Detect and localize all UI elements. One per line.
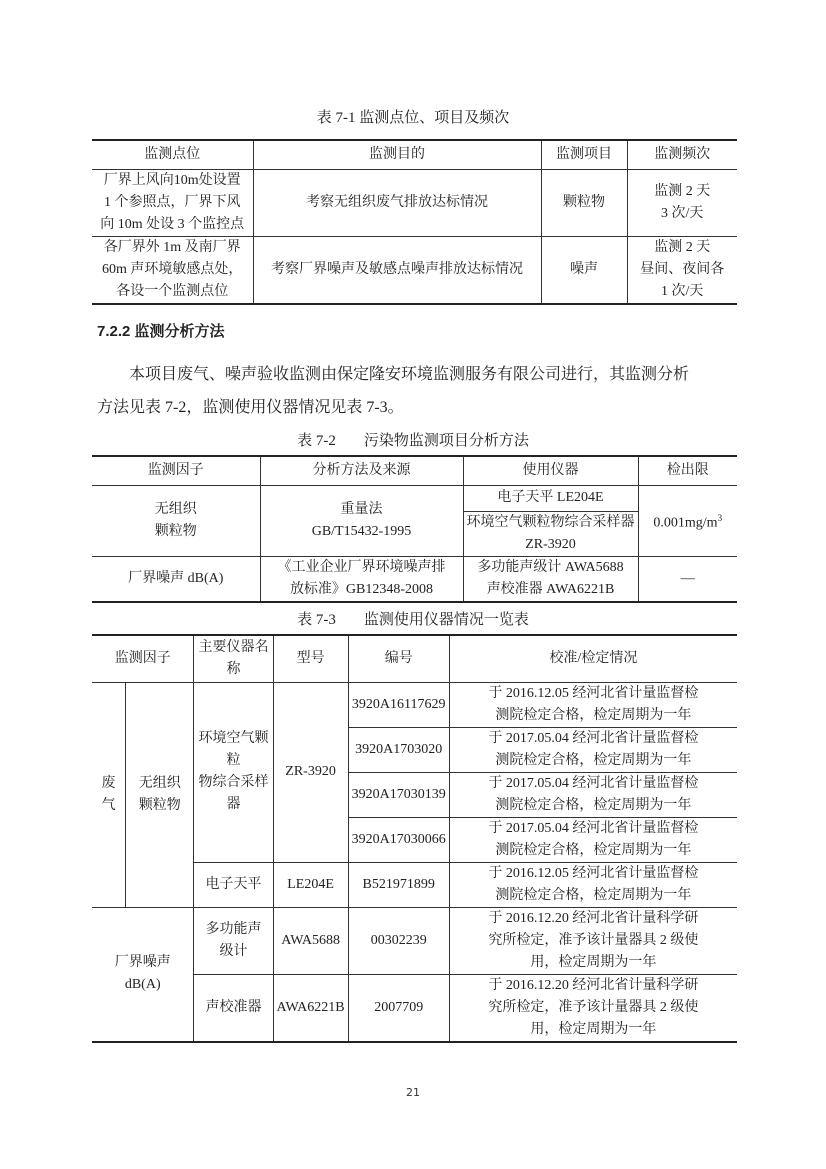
text-line: 监测 2 天 — [631, 181, 735, 203]
purpose-cell: 考察无组织废气排放达标情况 — [253, 169, 541, 236]
text-line: 《工业企业厂界环境噪声排 — [264, 557, 460, 579]
method-cell: 《工业企业厂界环境噪声排 放标准》GB12348-2008 — [260, 556, 463, 602]
text-line: 测院检定合格，检定周期为一年 — [453, 885, 734, 907]
text-line: 于 2016.12.05 经河北省计量监督检 — [453, 683, 734, 705]
frequency-cell: 监测 2 天 昼间、夜间各 1 次/天 — [627, 236, 737, 304]
calibration-cell: 于 2017.05.04 经河北省计量监督检 测院检定合格，检定周期为一年 — [449, 817, 737, 862]
table-7-3: 监测因子 主要仪器名 称 型号 编号 校准/检定情况 废 气 无组织 颗粒物 环… — [92, 634, 737, 1043]
calibration-cell: 于 2016.12.20 经河北省计量科学研 究所检定，准予该计量器具 2 级使… — [449, 907, 737, 974]
serial-cell: B521971899 — [348, 862, 449, 907]
header-method: 分析方法及来源 — [260, 456, 463, 485]
text-line: 厂界上风向10m处设置 — [95, 170, 250, 192]
factor-cell: 厂界噪声 dB(A) — [92, 907, 194, 1042]
table-7-2: 监测因子 分析方法及来源 使用仪器 检出限 无组织 颗粒物 重量法 GB/T15… — [92, 455, 737, 603]
paragraph-line-1: 本项目废气、噪声验收监测由保定隆安环境监测服务有限公司进行，其监测分析 — [97, 360, 737, 390]
text-line: 于 2016.12.20 经河北省计量科学研 — [453, 975, 734, 997]
limit-cell: — — [638, 556, 737, 602]
instrument-cell: 声校准器 — [194, 974, 273, 1042]
instrument-cell: 多功能声 级计 — [194, 907, 273, 974]
text-line: ZR-3920 — [467, 534, 635, 556]
caption-number: 表 7-3 — [297, 612, 336, 628]
model-cell: ZR-3920 — [273, 682, 348, 862]
calibration-cell: 于 2016.12.20 经河北省计量科学研 究所检定，准予该计量器具 2 级使… — [449, 974, 737, 1042]
instrument-cell: 多功能声级计 AWA5688 声校准器 AWA6221B — [463, 556, 638, 602]
location-cell: 厂界上风向10m处设置 1 个参照点，厂界下风 向 10m 处设 3 个监控点 — [92, 169, 253, 236]
calibration-cell: 于 2016.12.05 经河北省计量监督检 测院检定合格，检定周期为一年 — [449, 682, 737, 727]
text-line: 无组织 — [95, 499, 257, 521]
caption-title: 污染物监测项目分析方法 — [364, 433, 529, 449]
text-line: 1 个参照点，厂界下风 — [95, 192, 250, 214]
header-factor: 监测因子 — [92, 456, 260, 485]
table-row: 废 气 无组织 颗粒物 环境空气颗粒 物综合采样器 ZR-3920 3920A1… — [92, 682, 737, 727]
text-line: 用，检定周期为一年 — [453, 1019, 734, 1041]
factor-cell: 无组织 颗粒物 — [126, 682, 194, 907]
location-cell: 各厂界外 1m 及南厂界 60m 声环境敏感点处， 各设一个监测点位 — [92, 236, 253, 304]
serial-cell: 3920A1703020 — [348, 727, 449, 772]
text-line: 重量法 — [264, 499, 460, 521]
header-instrument-name: 主要仪器名 称 — [194, 635, 273, 682]
text-line: 测院检定合格，检定周期为一年 — [453, 750, 734, 772]
text-line: GB/T15432-1995 — [264, 521, 460, 543]
header-calibration: 校准/检定情况 — [449, 635, 737, 682]
text-line: 颗粒物 — [129, 795, 190, 817]
table-row: 厂界上风向10m处设置 1 个参照点，厂界下风 向 10m 处设 3 个监控点 … — [92, 169, 737, 236]
text-line: 环境空气颗粒 — [197, 728, 269, 772]
frequency-cell: 监测 2 天 3 次/天 — [627, 169, 737, 236]
header-item: 监测项目 — [541, 140, 627, 169]
paragraph-line-2: 方法见表 7-2，监测使用仪器情况见表 7-3。 — [97, 393, 737, 423]
header-instrument: 使用仪器 — [463, 456, 638, 485]
instrument-cell: 环境空气颗粒物综合采样器 ZR-3920 — [463, 511, 638, 556]
text-line: 60m 声环境敏感点处， — [95, 259, 250, 281]
text-line: 多功能声 — [197, 919, 269, 941]
header-limit: 检出限 — [638, 456, 737, 485]
table-row: 各厂界外 1m 及南厂界 60m 声环境敏感点处， 各设一个监测点位 考察厂界噪… — [92, 236, 737, 304]
text-line: 放标准》GB12348-2008 — [264, 579, 460, 601]
text-line: 多功能声级计 AWA5688 — [467, 557, 635, 579]
text-line: 究所检定，准予该计量器具 2 级使 — [453, 997, 734, 1019]
header-serial: 编号 — [348, 635, 449, 682]
instrument-cell: 电子天平 — [194, 862, 273, 907]
text-line: 环境空气颗粒物综合采样器 — [467, 512, 635, 534]
text-line: 声校准器 AWA6221B — [467, 579, 635, 601]
table-7-1: 监测点位 监测目的 监测项目 监测频次 厂界上风向10m处设置 1 个参照点，厂… — [92, 139, 737, 305]
text-line: 向 10m 处设 3 个监控点 — [95, 214, 250, 236]
limit-superscript: 3 — [718, 513, 723, 523]
limit-cell: 0.001mg/m3 — [638, 485, 737, 556]
text-line: 厂界噪声 — [95, 952, 190, 974]
serial-cell: 3920A16117629 — [348, 682, 449, 727]
serial-cell: 3920A17030066 — [348, 817, 449, 862]
serial-cell: 2007709 — [348, 974, 449, 1042]
item-cell: 噪声 — [541, 236, 627, 304]
header-factor: 监测因子 — [92, 635, 194, 682]
section-heading: 7.2.2 监测分析方法 — [97, 320, 225, 341]
model-cell: LE204E — [273, 862, 348, 907]
text-line: 测院检定合格，检定周期为一年 — [453, 795, 734, 817]
text-line: 各厂界外 1m 及南厂界 — [95, 237, 250, 259]
text-line: 于 2017.05.04 经河北省计量监督检 — [453, 818, 734, 840]
text-line: 主要仪器名 — [197, 637, 269, 659]
purpose-cell: 考察厂界噪声及敏感点噪声排放达标情况 — [253, 236, 541, 304]
calibration-cell: 于 2017.05.04 经河北省计量监督检 测院检定合格，检定周期为一年 — [449, 727, 737, 772]
caption-title: 监测使用仪器情况一览表 — [364, 612, 529, 628]
text-line: 昼间、夜间各 — [631, 259, 735, 281]
text-line: 级计 — [197, 941, 269, 963]
text-line: 无组织 — [129, 773, 190, 795]
text-line: 于 2016.12.05 经河北省计量监督检 — [453, 863, 734, 885]
caption-number: 表 7-2 — [297, 433, 336, 449]
header-purpose: 监测目的 — [253, 140, 541, 169]
text-line: 于 2017.05.04 经河北省计量监督检 — [453, 773, 734, 795]
text-line: 称 — [197, 659, 269, 681]
category-cell: 废 气 — [92, 682, 126, 907]
table-row: 无组织 颗粒物 重量法 GB/T15432-1995 电子天平 LE204E 0… — [92, 485, 737, 511]
header-frequency: 监测频次 — [627, 140, 737, 169]
text-line: 测院检定合格，检定周期为一年 — [453, 705, 734, 727]
text-line: 3 次/天 — [631, 203, 735, 225]
calibration-cell: 于 2016.12.05 经河北省计量监督检 测院检定合格，检定周期为一年 — [449, 862, 737, 907]
factor-cell: 厂界噪声 dB(A) — [92, 556, 260, 602]
method-cell: 重量法 GB/T15432-1995 — [260, 485, 463, 556]
text-line: 于 2016.12.20 经河北省计量科学研 — [453, 908, 734, 930]
serial-cell: 3920A17030139 — [348, 772, 449, 817]
instrument-cell: 环境空气颗粒 物综合采样器 — [194, 682, 273, 862]
item-cell: 颗粒物 — [541, 169, 627, 236]
text-line: 废 — [95, 773, 122, 795]
factor-cell: 无组织 颗粒物 — [92, 485, 260, 556]
text-line: 气 — [95, 795, 122, 817]
serial-cell: 00302239 — [348, 907, 449, 974]
page-number: 21 — [0, 1086, 826, 1099]
table-7-2-caption: 表 7-2污染物监测项目分析方法 — [0, 429, 826, 450]
table-7-1-caption: 表 7-1 监测点位、项目及频次 — [0, 106, 826, 127]
text-line: 各设一个监测点位 — [95, 281, 250, 303]
instrument-cell: 电子天平 LE204E — [463, 485, 638, 511]
table-row: 厂界噪声 dB(A) 多功能声 级计 AWA5688 00302239 于 20… — [92, 907, 737, 974]
text-line: 颗粒物 — [95, 521, 257, 543]
header-location: 监测点位 — [92, 140, 253, 169]
text-line: 用，检定周期为一年 — [453, 952, 734, 974]
text-line: 1 次/天 — [631, 281, 735, 303]
text-line: dB(A) — [95, 974, 190, 996]
text-line: 监测 2 天 — [631, 237, 735, 259]
model-cell: AWA6221B — [273, 974, 348, 1042]
table-7-3-caption: 表 7-3监测使用仪器情况一览表 — [0, 608, 826, 629]
table-row: 厂界噪声 dB(A) 《工业企业厂界环境噪声排 放标准》GB12348-2008… — [92, 556, 737, 602]
text-line: 究所检定，准予该计量器具 2 级使 — [453, 930, 734, 952]
text-line: 于 2017.05.04 经河北省计量监督检 — [453, 728, 734, 750]
calibration-cell: 于 2017.05.04 经河北省计量监督检 测院检定合格，检定周期为一年 — [449, 772, 737, 817]
model-cell: AWA5688 — [273, 907, 348, 974]
limit-value: 0.001mg/m — [653, 515, 717, 530]
text-line: 测院检定合格，检定周期为一年 — [453, 840, 734, 862]
header-model: 型号 — [273, 635, 348, 682]
text-line: 物综合采样器 — [197, 772, 269, 816]
